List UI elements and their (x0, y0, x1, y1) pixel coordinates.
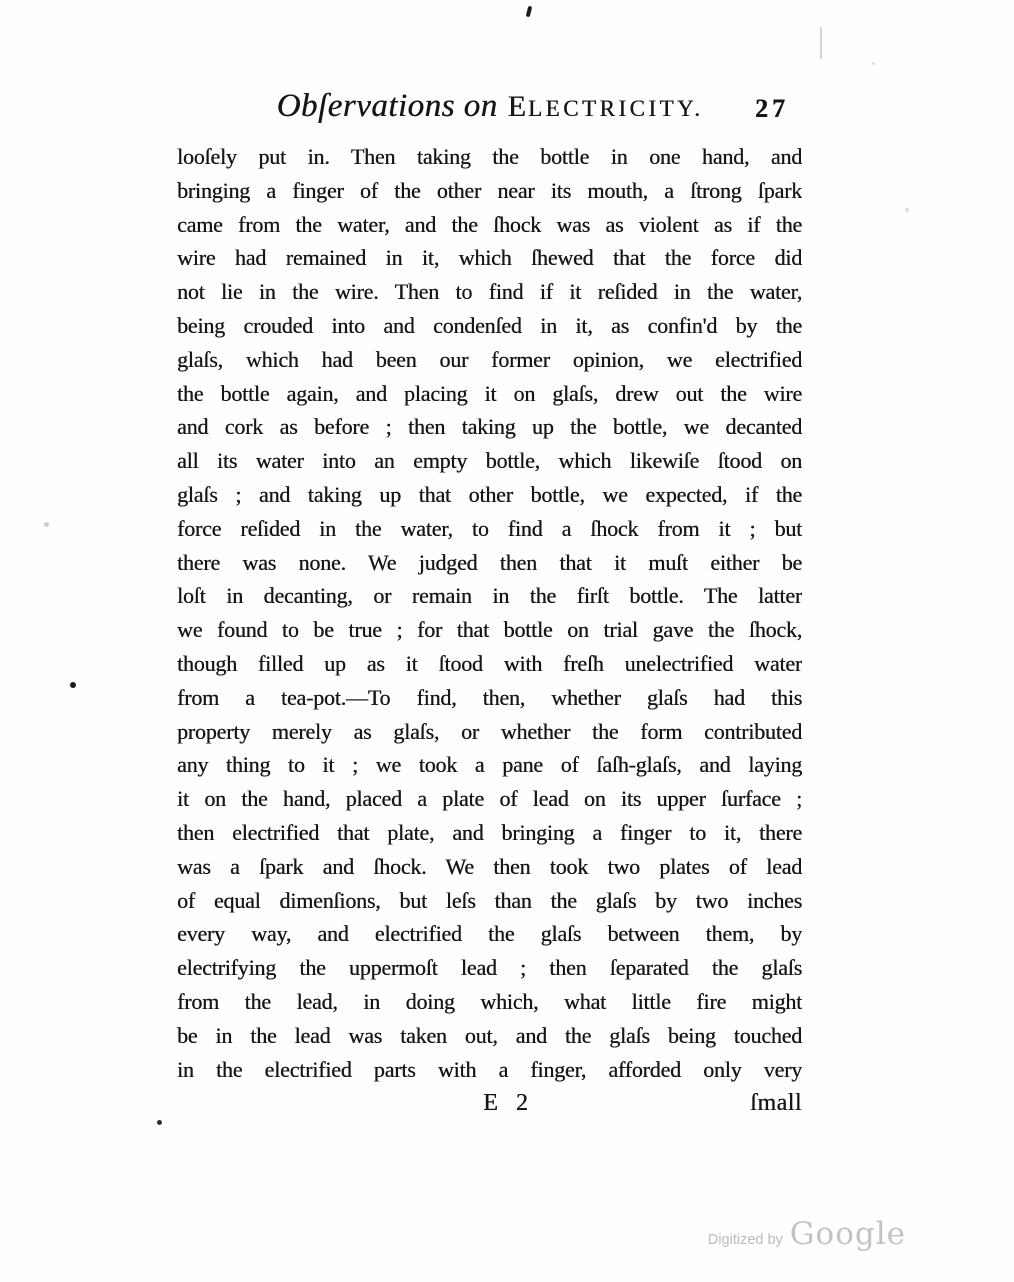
text-line: in the electrified parts with a finger, … (177, 1053, 802, 1087)
text-line: though filled up as it ſtood with freſh … (177, 647, 802, 681)
scan-speck (70, 682, 76, 688)
body-lines: looſely put in. Then taking the bottle i… (177, 140, 802, 1086)
scan-speck (872, 62, 875, 65)
body-text: looſely put in. Then taking the bottle i… (177, 140, 802, 1120)
catchword: ſmall (750, 1086, 802, 1120)
text-line: glaſs, which had been our former opinion… (177, 343, 802, 377)
text-line: bringing a finger of the other near its … (177, 174, 802, 208)
text-line: the bottle again, and placing it on glaſ… (177, 377, 802, 411)
text-line: it on the hand, placed a plate of lead o… (177, 782, 802, 816)
text-line: and cork as before ; then taking up the … (177, 410, 802, 444)
text-line: of equal dimenſions, but leſs than the g… (177, 884, 802, 918)
text-line: be in the lead was taken out, and the gl… (177, 1019, 802, 1053)
text-line: then electrified that plate, and bringin… (177, 816, 802, 850)
scan-speck (905, 208, 909, 212)
scanned-book-page: Obſervations onELECTRICITY. 27 looſely p… (0, 0, 1014, 1282)
book-title-italic: Obſervations on (277, 88, 498, 124)
scan-speck (157, 1120, 162, 1125)
text-line: came from the water, and the ſhock was a… (177, 208, 802, 242)
running-head: Obſervations onELECTRICITY. 27 (177, 88, 803, 134)
text-line: from the lead, in doing which, what litt… (177, 985, 802, 1019)
page-number: 27 (755, 94, 789, 124)
text-line: looſely put in. Then taking the bottle i… (177, 140, 802, 174)
text-line: glaſs ; and taking up that other bottle,… (177, 478, 802, 512)
text-line: every way, and electrified the glaſs bet… (177, 917, 802, 951)
text-line: property merely as glaſs, or whether the… (177, 715, 802, 749)
text-line: from a tea-pot.—To find, then, whether g… (177, 681, 802, 715)
google-logo: Google (790, 1216, 906, 1252)
text-line: there was none. We judged then that it m… (177, 546, 802, 580)
text-line: force reſided in the water, to find a ſh… (177, 512, 802, 546)
watermark-text: Digitized by (708, 1232, 783, 1248)
google-watermark: Digitized by Google (708, 1216, 906, 1252)
text-line: we found to be true ; for that bottle on… (177, 613, 802, 647)
text-line: was a ſpark and ſhock. We then took two … (177, 850, 802, 884)
signature-row: E 2 ſmall (177, 1086, 802, 1120)
signature-mark: E 2 (483, 1090, 534, 1116)
text-line: wire had remained in it, which ſhewed th… (177, 241, 802, 275)
text-line: any thing to it ; we took a pane of ſaſh… (177, 748, 802, 782)
text-line: not lie in the wire. Then to find if it … (177, 275, 802, 309)
text-line: being crouded into and condenſed in it, … (177, 309, 802, 343)
text-line: electrifying the uppermoſt lead ; then ſ… (177, 951, 802, 985)
scan-speck (44, 522, 49, 527)
text-line: all its water into an empty bottle, whic… (177, 444, 802, 478)
text-line: loſt in decanting, or remain in the firſ… (177, 579, 802, 613)
scan-speck (820, 27, 822, 59)
book-title-caps: LECTRICITY. (528, 96, 703, 121)
book-title-cap-initial: E (508, 90, 528, 123)
scan-speck (526, 6, 533, 18)
